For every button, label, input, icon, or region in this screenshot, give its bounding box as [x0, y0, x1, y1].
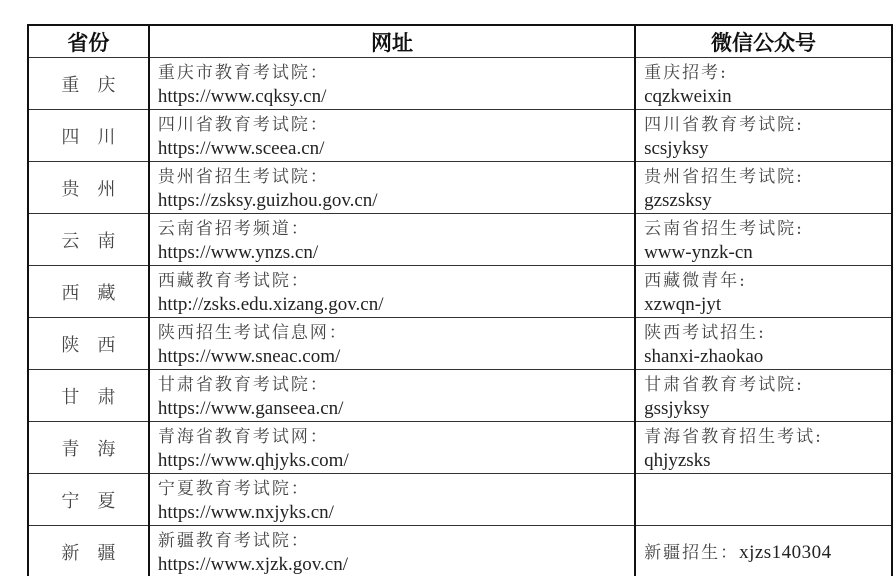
province-cell: 甘肃: [28, 370, 149, 422]
site-url: https://www.ynzs.cn/: [158, 241, 626, 264]
wechat-cell: 四川省教育考试院: scsjyksy: [635, 110, 892, 162]
wechat-cell: 陕西考试招生: shanxi-zhaokao: [635, 318, 892, 370]
site-name: 宁夏教育考试院：: [158, 478, 626, 501]
province-cell: 新疆: [28, 526, 149, 576]
site-url: https://zsksy.guizhou.gov.cn/: [158, 189, 626, 212]
site-name: 青海省教育考试网：: [158, 426, 626, 449]
table-row: 重庆 重庆市教育考试院： https://www.cqksy.cn/ 重庆招考:…: [28, 58, 892, 110]
table-row: 西藏 西藏教育考试院： http://zsks.edu.xizang.gov.c…: [28, 266, 892, 318]
site-url: https://www.qhjyks.com/: [158, 449, 626, 472]
website-cell: 陕西招生考试信息网： https://www.sneac.com/: [149, 318, 635, 370]
table-row: 宁夏 宁夏教育考试院： https://www.nxjyks.cn/: [28, 474, 892, 526]
wechat-cell: 西藏微青年: xzwqn-jyt: [635, 266, 892, 318]
wechat-name: 陕西考试招生:: [644, 322, 883, 345]
header-wechat: 微信公众号: [635, 25, 892, 58]
wechat-id: qhjyzsks: [644, 449, 883, 472]
table-row: 贵州 贵州省招生考试院： https://zsksy.guizhou.gov.c…: [28, 162, 892, 214]
wechat-cell: 云南省招生考试院: www-ynzk-cn: [635, 214, 892, 266]
province-cell: 重庆: [28, 58, 149, 110]
site-url: http://zsks.edu.xizang.gov.cn/: [158, 293, 626, 316]
table-row: 新疆 新疆教育考试院： https://www.xjzk.gov.cn/ 新疆招…: [28, 526, 892, 576]
wechat-name: 重庆招考:: [644, 62, 883, 85]
wechat-cell: 青海省教育招生考试: qhjyzsks: [635, 422, 892, 474]
header-province: 省份: [28, 25, 149, 58]
table-row: 四川 四川省教育考试院： https://www.sceea.cn/ 四川省教育…: [28, 110, 892, 162]
site-url: https://www.sneac.com/: [158, 345, 626, 368]
website-cell: 贵州省招生考试院： https://zsksy.guizhou.gov.cn/: [149, 162, 635, 214]
website-cell: 云南省招考频道： https://www.ynzs.cn/: [149, 214, 635, 266]
province-cell: 四川: [28, 110, 149, 162]
website-cell: 甘肃省教育考试院： https://www.ganseea.cn/: [149, 370, 635, 422]
site-url: https://www.sceea.cn/: [158, 137, 626, 160]
website-cell: 重庆市教育考试院： https://www.cqksy.cn/: [149, 58, 635, 110]
wechat-cell: 新疆招生：xjzs140304: [635, 526, 892, 576]
wechat-id: gssjyksy: [644, 397, 883, 420]
website-cell: 宁夏教育考试院： https://www.nxjyks.cn/: [149, 474, 635, 526]
site-url: https://www.cqksy.cn/: [158, 85, 626, 108]
wechat-name: 青海省教育招生考试:: [644, 426, 883, 449]
exam-authority-table: 省份 网址 微信公众号 重庆 重庆市教育考试院： https://www.cqk…: [27, 24, 893, 576]
province-cell: 陕西: [28, 318, 149, 370]
wechat-name: 甘肃省教育考试院:: [644, 374, 883, 397]
table-row: 云南 云南省招考频道： https://www.ynzs.cn/ 云南省招生考试…: [28, 214, 892, 266]
website-cell: 青海省教育考试网： https://www.qhjyks.com/: [149, 422, 635, 474]
header-website: 网址: [149, 25, 635, 58]
site-name: 贵州省招生考试院：: [158, 166, 626, 189]
site-url: https://www.ganseea.cn/: [158, 397, 626, 420]
header-row: 省份 网址 微信公众号: [28, 25, 892, 58]
wechat-id: www-ynzk-cn: [644, 241, 883, 264]
wechat-id: scsjyksy: [644, 137, 883, 160]
wechat-name: 贵州省招生考试院:: [644, 166, 883, 189]
wechat-id: gzszsksy: [644, 189, 883, 212]
website-cell: 新疆教育考试院： https://www.xjzk.gov.cn/: [149, 526, 635, 576]
province-cell: 西藏: [28, 266, 149, 318]
site-name: 云南省招考频道：: [158, 218, 626, 241]
wechat-id: xjzs140304: [739, 542, 832, 563]
table-row: 青海 青海省教育考试网： https://www.qhjyks.com/ 青海省…: [28, 422, 892, 474]
site-url: https://www.xjzk.gov.cn/: [158, 553, 626, 576]
website-cell: 西藏教育考试院： http://zsks.edu.xizang.gov.cn/: [149, 266, 635, 318]
wechat-name: 云南省招生考试院:: [644, 218, 883, 241]
site-name: 新疆教育考试院：: [158, 530, 626, 553]
province-cell: 云南: [28, 214, 149, 266]
province-cell: 青海: [28, 422, 149, 474]
wechat-id: xzwqn-jyt: [644, 293, 883, 316]
wechat-cell: 重庆招考: cqzkweixin: [635, 58, 892, 110]
site-name: 陕西招生考试信息网：: [158, 322, 626, 345]
wechat-id: shanxi-zhaokao: [644, 345, 883, 368]
site-name: 甘肃省教育考试院：: [158, 374, 626, 397]
wechat-name: 四川省教育考试院:: [644, 114, 883, 137]
wechat-cell-empty: [635, 474, 892, 526]
province-cell: 宁夏: [28, 474, 149, 526]
site-name: 西藏教育考试院：: [158, 270, 626, 293]
site-name: 四川省教育考试院：: [158, 114, 626, 137]
website-cell: 四川省教育考试院： https://www.sceea.cn/: [149, 110, 635, 162]
table-row: 陕西 陕西招生考试信息网： https://www.sneac.com/ 陕西考…: [28, 318, 892, 370]
wechat-cell: 贵州省招生考试院: gzszsksy: [635, 162, 892, 214]
province-cell: 贵州: [28, 162, 149, 214]
wechat-name: 西藏微青年:: [644, 270, 883, 293]
site-name: 重庆市教育考试院：: [158, 62, 626, 85]
site-url: https://www.nxjyks.cn/: [158, 501, 626, 524]
wechat-cell: 甘肃省教育考试院: gssjyksy: [635, 370, 892, 422]
wechat-id: cqzkweixin: [644, 85, 883, 108]
wechat-name: 新疆招生：: [644, 543, 739, 563]
table-row: 甘肃 甘肃省教育考试院： https://www.ganseea.cn/ 甘肃省…: [28, 370, 892, 422]
